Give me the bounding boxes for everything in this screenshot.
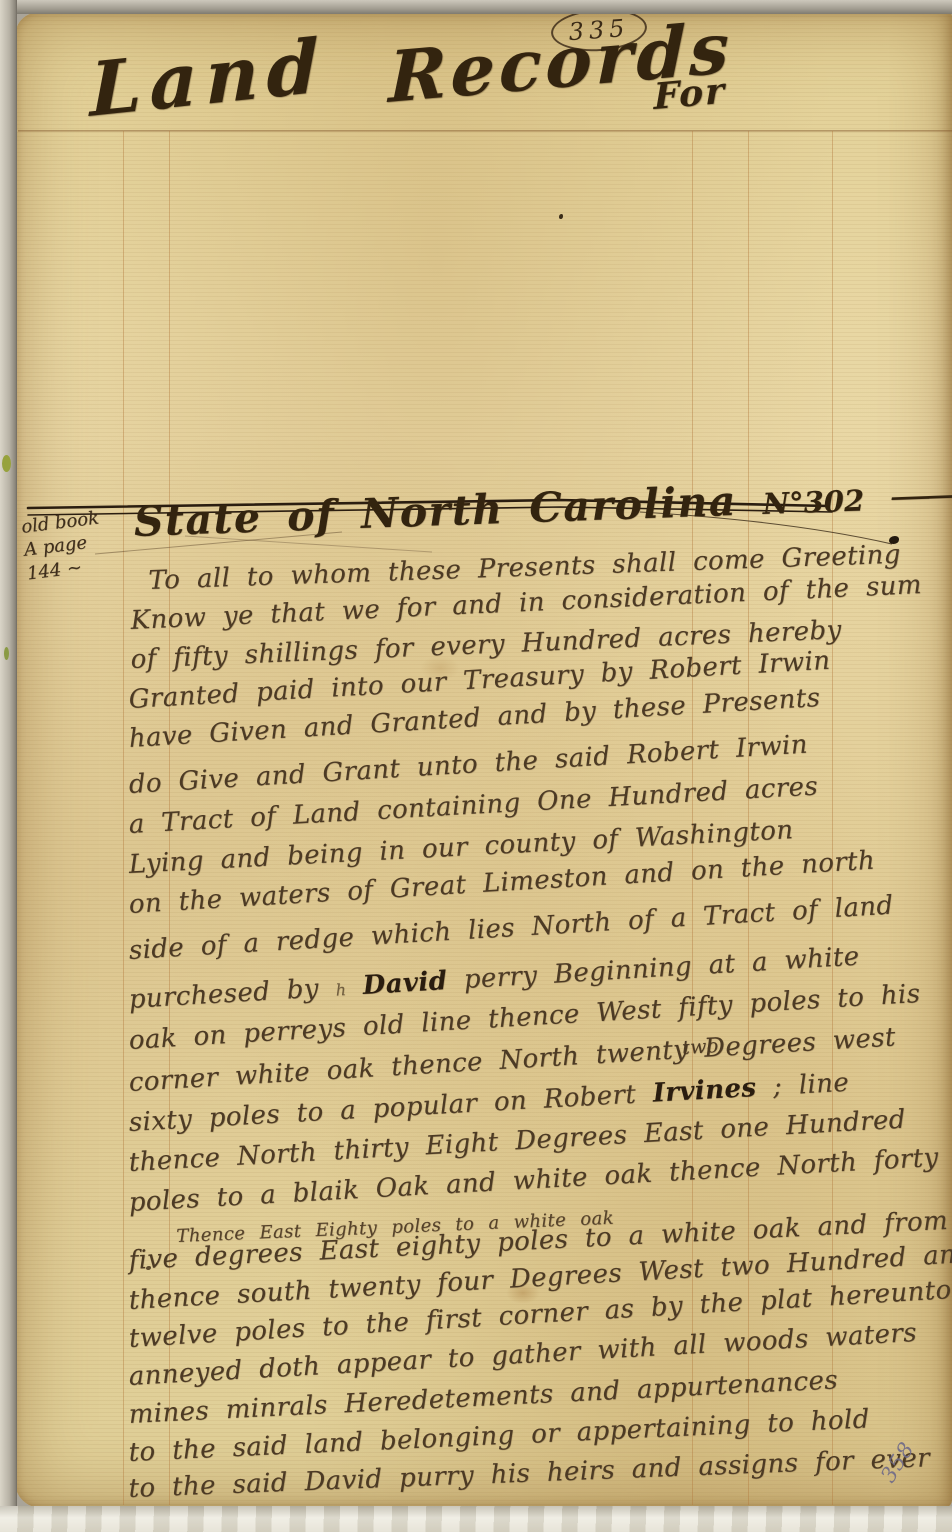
scribble-mark: h	[335, 980, 347, 1000]
binding-edge-left	[0, 0, 17, 1512]
page-edge-bottom	[0, 1506, 952, 1532]
heading-dash: ——	[889, 469, 952, 520]
caret-insert-anchor: two	[689, 1057, 705, 1058]
ledger-title-word: For	[653, 70, 726, 118]
binding-edge-top	[0, 0, 952, 14]
record-number: N°302	[762, 483, 865, 521]
ledger-page-scan: 335 Land Records For old book A page 144…	[0, 0, 952, 1532]
emphasized-name: David	[362, 966, 448, 1001]
column-rule	[123, 131, 124, 1505]
margin-note: old book A page 144 ~	[20, 507, 106, 586]
header-rule-line	[18, 130, 952, 132]
line-text: ; line	[755, 1068, 849, 1103]
emphasized-name: Irvines	[652, 1073, 757, 1109]
binding-fleck	[2, 455, 11, 472]
inserted-word: two	[681, 1035, 719, 1060]
